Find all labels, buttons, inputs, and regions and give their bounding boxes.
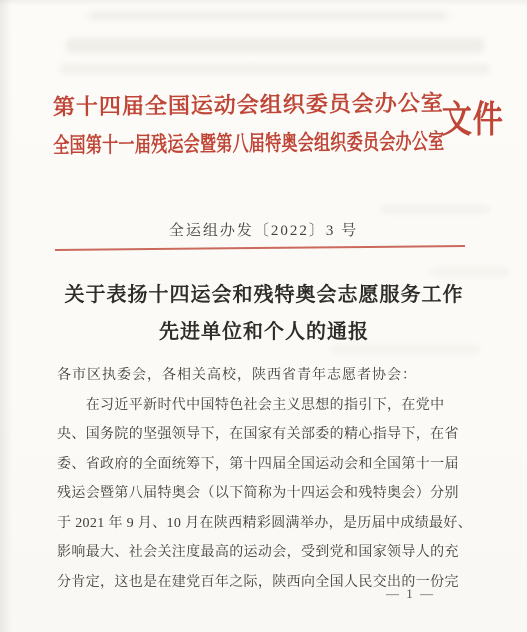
red-letterhead: 第十四届全国运动会组织委员会办公室 全国第十一届残运会暨第八届特奥会组织委员会办… bbox=[53, 86, 514, 152]
body-line: 于 2021 年 9 月、10 月在陕西精彩圆满举办，是历届中成绩最好、 bbox=[57, 509, 457, 539]
bleed-through-artifact bbox=[88, 11, 448, 20]
body-line: 影响最大、社会关注度最高的运动会，受到党和国家领导人的充 bbox=[57, 538, 457, 568]
document-body: 各市区执委会，各相关高校，陕西省青年志愿者协会： 在习近平新时代中国特色社会主义… bbox=[57, 361, 457, 597]
document-title: 关于表扬十四运会和残特奥会志愿服务工作 先进单位和个人的通报 bbox=[4, 277, 524, 351]
bleed-through-artifact bbox=[66, 38, 484, 53]
issuing-org-line2: 全国第十一届残运会暨第八届特奥会组织委员会办公室 bbox=[53, 124, 445, 159]
scanned-document-page: 第十四届全国运动会组织委员会办公室 全国第十一届残运会暨第八届特奥会组织委员会办… bbox=[0, 0, 527, 632]
bleed-through-artifact bbox=[60, 64, 490, 74]
body-line: 在习近平新时代中国特色社会主义思想的指引下，在党中 bbox=[57, 391, 457, 421]
document-type-label: 文件 bbox=[442, 88, 504, 143]
document-number: 全运组办发〔2022〕3 号 bbox=[0, 219, 527, 240]
body-salutation: 各市区执委会，各相关高校，陕西省青年志愿者协会： bbox=[57, 361, 457, 391]
page-number: — 1 — bbox=[386, 586, 435, 602]
title-line-2: 先进单位和个人的通报 bbox=[4, 314, 524, 351]
issuing-org-line1: 第十四届全国运动会组织委员会办公室 bbox=[53, 86, 445, 121]
red-divider-line bbox=[55, 245, 465, 251]
bleed-through-artifact bbox=[430, 268, 510, 276]
body-line: 委、省政府的全面统筹下，第十四届全国运动会和全国第十一届 bbox=[57, 450, 457, 480]
title-line-1: 关于表扬十四运会和残特奥会志愿服务工作 bbox=[4, 277, 524, 314]
body-line: 残运会暨第八届特奥会（以下简称为十四运会和残特奥会）分别 bbox=[57, 479, 457, 509]
body-line: 央、国务院的坚强领导下，在国家有关部委的精心指导下，在省 bbox=[57, 420, 457, 450]
scan-edge-shadow-top bbox=[0, 0, 527, 6]
bleed-through-artifact bbox=[380, 205, 490, 214]
